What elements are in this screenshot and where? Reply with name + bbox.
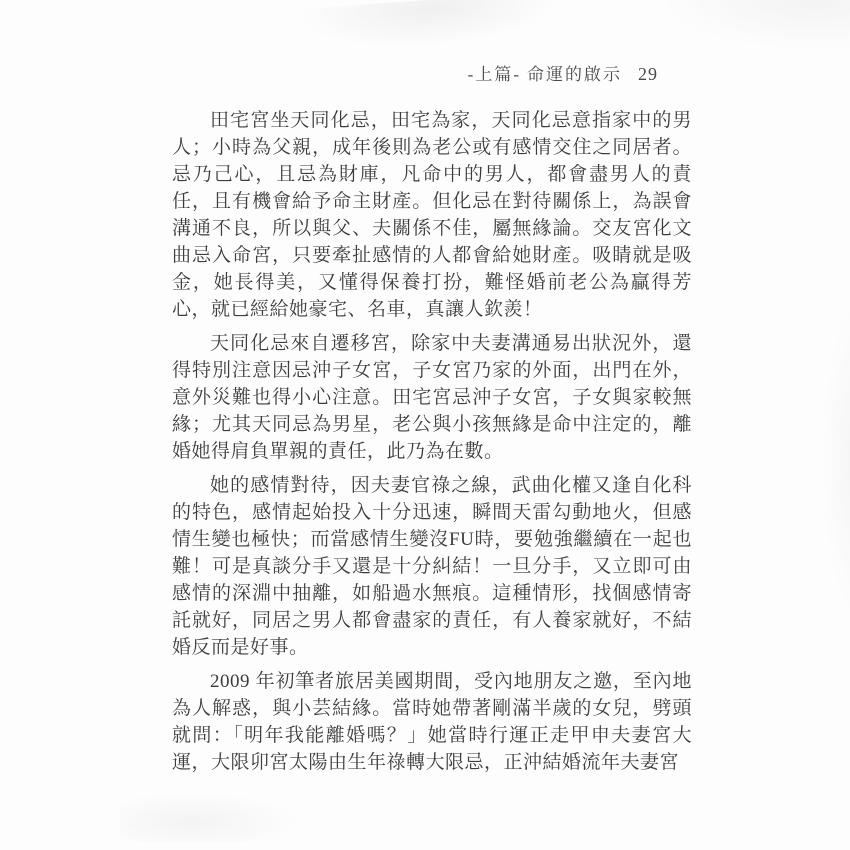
scan-artifact	[120, 792, 300, 842]
scan-artifact	[822, 300, 850, 620]
body-paragraph: 她的感情對待，因夫妻官祿之線，武曲化權又逢自化科的特色，感情起始投入十分迅速，瞬…	[172, 472, 692, 661]
book-page: -上篇-命運的啟示29 田宅宮坐天同化忌，田宅為家，天同化忌意指家中的男人；小時…	[0, 0, 850, 850]
running-header: -上篇-命運的啟示29	[468, 60, 658, 85]
header-page-number: 29	[638, 64, 658, 84]
header-chapter-title: 命運的啟示	[527, 65, 622, 84]
body-paragraph: 2009 年初筆者旅居美國期間，受內地朋友之邀，至內地為人解惑，與小芸結緣。當時…	[172, 668, 692, 776]
body-paragraph: 天同化忌來自遷移宮，除家中夫妻溝通易出狀況外，還得特別注意因忌沖子女宮，子女宮乃…	[172, 330, 692, 465]
scan-artifact	[299, 0, 562, 55]
page-text: 田宅宮坐天同化忌，田宅為家，天同化忌意指家中的男人；小時為父親，成年後則為老公或…	[172, 107, 692, 783]
body-paragraph: 田宅宮坐天同化忌，田宅為家，天同化忌意指家中的男人；小時為父親，成年後則為老公或…	[172, 107, 692, 323]
header-section-label: -上篇-	[468, 65, 521, 84]
scan-artifact	[660, 0, 850, 50]
